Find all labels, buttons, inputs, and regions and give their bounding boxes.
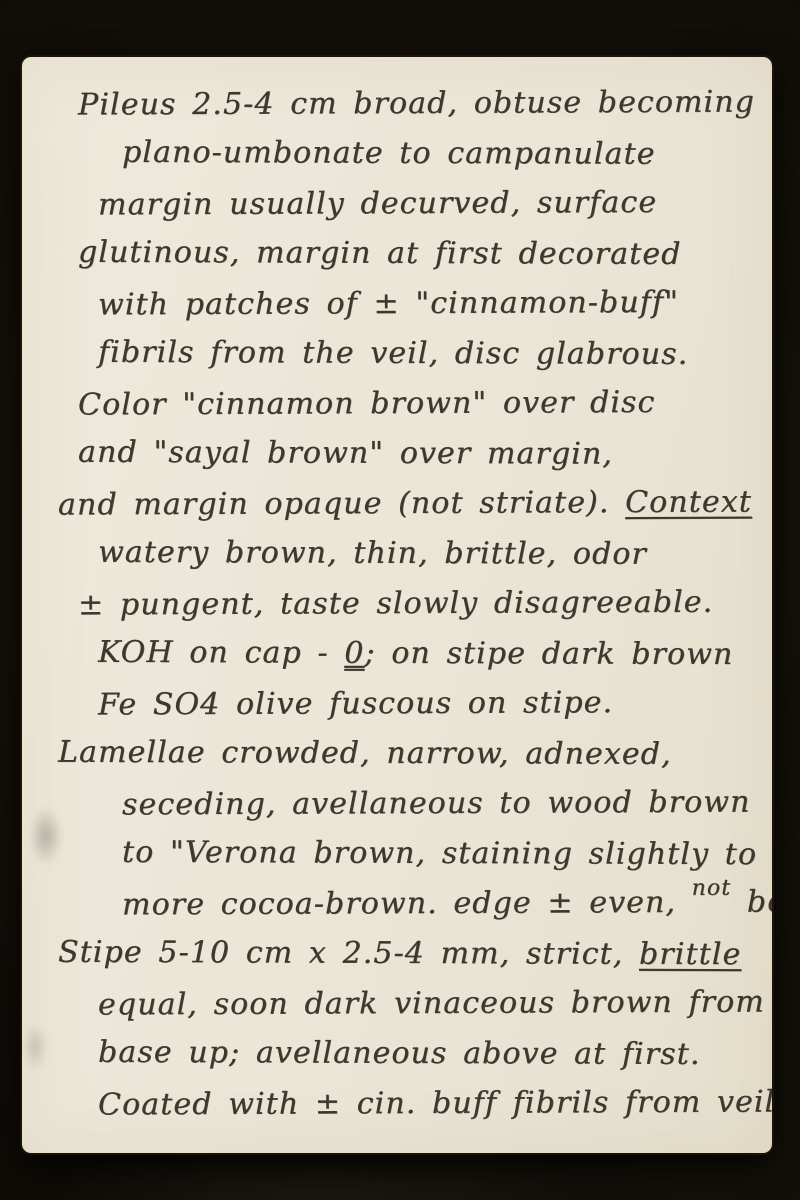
handwritten-line: base up; avellaneous above at first. [98,1028,768,1080]
handwritten-line: equal, soon dark vinaceous brown from [98,978,768,1031]
handwritten-text-segment: Stipe 5-10 cm x 2.5-4 mm, strict, [58,935,639,972]
handwritten-text-segment: to "Verona brown, staining slightly to [122,835,757,872]
handwritten-text-segment: KOH on cap - [98,635,344,671]
handwritten-text-segment: equal, soon dark vinaceous brown from [98,985,765,1023]
handwritten-text-segment: ; on stipe dark brown [364,636,733,672]
handwritten-line: plano-umbonate to campanulate [122,128,768,180]
handwritten-line: glutinous, margin at first decorated [78,228,768,280]
handwritten-text-segment: brittle [639,937,741,972]
handwritten-note: Pileus 2.5-4 cm broad, obtuse becomingpl… [52,79,768,1129]
handwritten-text-segment: watery brown, thin, brittle, odor [98,535,647,572]
handwritten-line: and "sayal brown" over margin, [78,428,768,480]
handwritten-line: Stipe 5-10 cm x 2.5-4 mm, strict, brittl… [58,928,768,980]
handwritten-text-segment: Fe SO4 olive fuscous on stipe. [98,685,613,722]
handwritten-line: and margin opaque (not striate). Context [58,477,768,530]
handwritten-text-segment: Color "cinnamon brown" over disc [78,385,656,423]
handwritten-line: KOH on cap - 0; on stipe dark brown [98,628,768,680]
handwritten-text-segment: with patches of ± "cinnamon-buff" [98,285,679,323]
handwritten-text-segment: Coated with ± cin. buff fibrils from vei… [98,1084,772,1122]
photo-background: Pileus 2.5-4 cm broad, obtuse becomingpl… [0,0,800,1200]
index-card: Pileus 2.5-4 cm broad, obtuse becomingpl… [22,57,772,1153]
handwritten-line: Pileus 2.5-4 cm broad, obtuse becoming [78,77,768,130]
handwritten-line: Color "cinnamon brown" over disc [78,377,768,430]
handwritten-line: Fe SO4 olive fuscous on stipe. [98,678,768,731]
handwritten-line: margin usually decurved, surface [98,178,768,231]
handwritten-text-segment: Context [625,485,752,521]
handwritten-line: with patches of ± "cinnamon-buff" [98,278,768,331]
handwritten-text-segment: fibrils from the veil, disc glabrous. [98,335,688,372]
handwritten-text-segment: 0 [344,636,364,671]
handwritten-text-segment: more cocoa-brown. edge ± even, [122,885,692,922]
smudge-mark [22,1015,52,1079]
handwritten-text-segment: and "sayal brown" over margin, [78,435,613,472]
handwritten-line: to "Verona brown, staining slightly to [122,828,768,880]
handwritten-text-segment: base up; avellaneous above at first. [98,1035,701,1072]
handwritten-text-segment: Pileus 2.5-4 cm broad, obtuse becoming [78,85,755,123]
handwritten-text-segment: beaded [731,884,772,920]
handwritten-line: fibrils from the veil, disc glabrous. [98,328,768,380]
handwritten-text-segment: ± pungent, taste slowly disagreeable. [78,585,713,623]
handwritten-text-segment: Lamellae crowded, narrow, adnexed, [58,735,672,772]
handwritten-text-segment: margin usually decurved, surface [98,185,657,222]
handwritten-text-segment: and margin opaque (not striate). [58,485,625,522]
handwritten-line: Lamellae crowded, narrow, adnexed, [58,728,768,780]
handwritten-line: seceding, avellaneous to wood brown [122,778,768,831]
handwritten-line: watery brown, thin, brittle, odor [98,528,768,580]
handwritten-text-segment: seceding, avellaneous to wood brown [122,785,751,823]
handwritten-text-segment: plano-umbonate to campanulate [122,135,656,172]
handwritten-line: Coated with ± cin. buff fibrils from vei… [98,1078,768,1131]
handwritten-text-segment: glutinous, margin at first decorated [78,235,682,272]
handwritten-line: ± pungent, taste slowly disagreeable. [78,577,768,630]
handwritten-line: more cocoa-brown. edge ± even, not beade… [122,878,768,931]
